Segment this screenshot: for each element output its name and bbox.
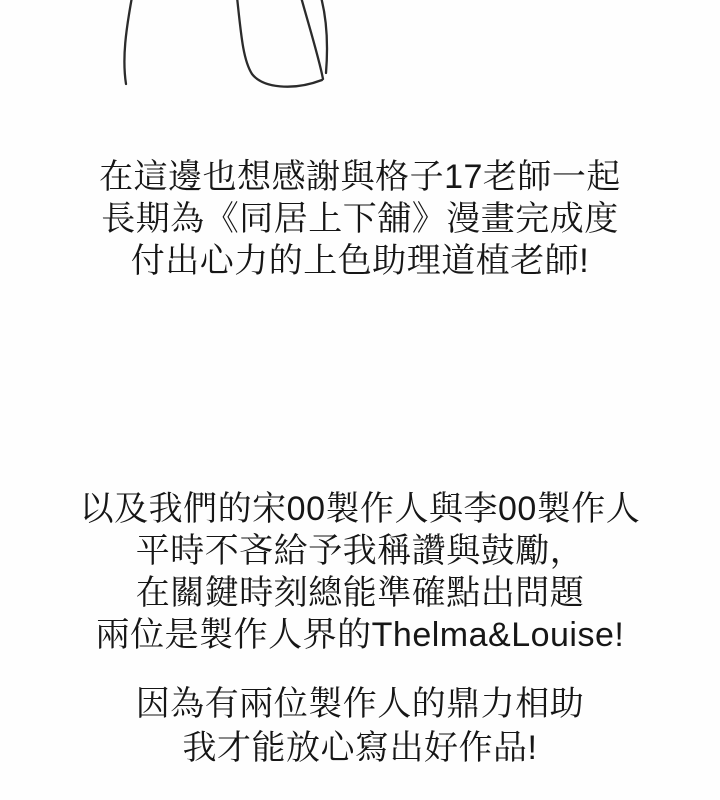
- text-line: 在關鍵時刻總能準確點出問題: [0, 572, 720, 614]
- text-line: 平時不吝給予我稱讚與鼓勵，: [0, 530, 720, 572]
- text-line: 兩位是製作人界的Thelma&Louise!: [0, 614, 720, 656]
- text-line: 我才能放心寫出好作品!: [0, 726, 720, 770]
- text-line: 付出心力的上色助理道植老師!: [0, 240, 720, 282]
- text-line: 因為有兩位製作人的鼎力相助: [0, 682, 720, 726]
- pencil-sketch-icon: [0, 0, 720, 110]
- text-line: 在這邊也想感謝與格子17老師一起: [0, 156, 720, 198]
- paragraph-closing: 因為有兩位製作人的鼎力相助 我才能放心寫出好作品!: [0, 682, 720, 770]
- text-line: 長期為《同居上下舖》漫畫完成度: [0, 198, 720, 240]
- paragraph-thanks-producers: 以及我們的宋00製作人與李00製作人 平時不吝給予我稱讚與鼓勵， 在關鍵時刻總能…: [0, 488, 720, 656]
- paragraph-thanks-colorist: 在這邊也想感謝與格子17老師一起 長期為《同居上下舖》漫畫完成度 付出心力的上色…: [0, 156, 720, 282]
- comic-credits-page: 在這邊也想感謝與格子17老師一起 長期為《同居上下舖》漫畫完成度 付出心力的上色…: [0, 0, 720, 800]
- text-line: 以及我們的宋00製作人與李00製作人: [0, 488, 720, 530]
